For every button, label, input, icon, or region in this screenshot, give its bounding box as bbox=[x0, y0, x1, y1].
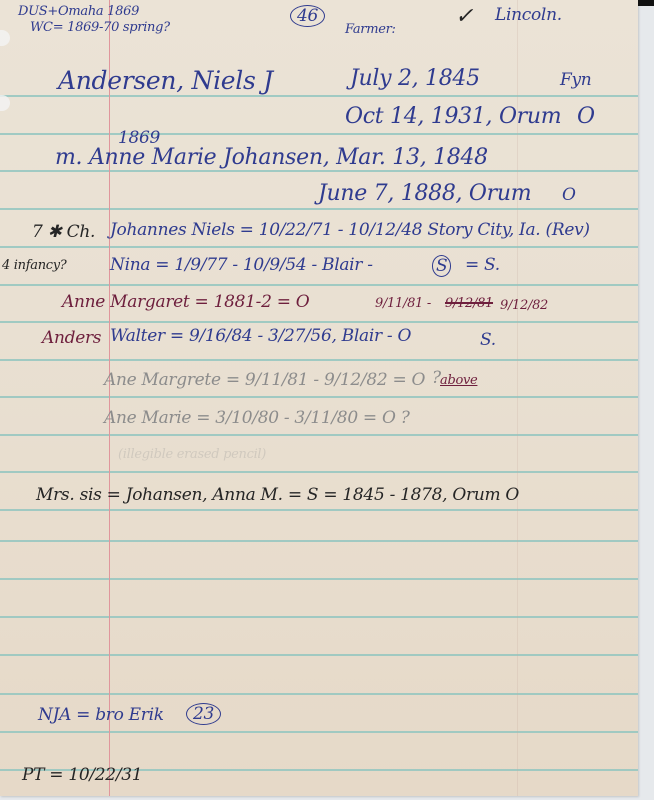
rule-line bbox=[0, 616, 638, 618]
child-4-suffix: S. bbox=[480, 330, 496, 350]
rule-line bbox=[0, 471, 638, 473]
child-1: Johannes Niels = 10/22/71 - 10/12/48 Sto… bbox=[110, 220, 590, 240]
occupation-label: Farmer: bbox=[345, 22, 396, 37]
child-3-struck-date: 9/12/81 bbox=[445, 296, 493, 311]
footer-ref-number: 23 bbox=[186, 703, 221, 725]
rule-line bbox=[0, 540, 638, 542]
rule-line bbox=[0, 654, 638, 656]
rule-line bbox=[0, 133, 638, 135]
punch-hole bbox=[0, 30, 10, 46]
subject-name: Andersen, Niels J bbox=[58, 66, 273, 95]
lined-paper-card: DUS+Omaha 1869 WC= 1869-70 spring? 46 Fa… bbox=[0, 0, 638, 796]
rule-line bbox=[0, 208, 638, 210]
child-2-mark-circle: S bbox=[432, 255, 451, 277]
child-4: Walter = 9/16/84 - 3/27/56, Blair - O bbox=[110, 326, 411, 346]
rule-line bbox=[0, 359, 638, 361]
rule-line bbox=[0, 95, 638, 97]
child-2-mark: S bbox=[432, 255, 451, 277]
child-5-note2: above bbox=[440, 373, 477, 388]
scan-edge bbox=[638, 0, 654, 6]
county-label: Lincoln. bbox=[495, 5, 562, 25]
page-number: 46 bbox=[290, 5, 325, 27]
rule-line bbox=[0, 170, 638, 172]
marriage-text: m. Anne Marie Johansen, Mar. 13, 1848 bbox=[55, 145, 488, 170]
erased-note: (illegible erased pencil) bbox=[118, 447, 266, 462]
rule-line bbox=[0, 693, 638, 695]
rule-line bbox=[0, 434, 638, 436]
child-1-prefix: 7 ✱ Ch. bbox=[32, 222, 95, 242]
sibling-entry: Mrs. sis = Johansen, Anna M. = S = 1845 … bbox=[36, 485, 519, 505]
header-note-line1: DUS+Omaha 1869 bbox=[18, 4, 139, 19]
footer-ref-number-circle: 23 bbox=[186, 703, 221, 725]
spouse-death: June 7, 1888, Orum bbox=[318, 181, 531, 206]
rule-line bbox=[0, 284, 638, 286]
child-2-prefix: 4 infancy? bbox=[2, 258, 66, 273]
checkmark-icon: ✓ bbox=[455, 4, 473, 29]
footer-pt: PT = 10/22/31 bbox=[22, 765, 142, 785]
rule-line bbox=[0, 509, 638, 511]
child-2: Nina = 1/9/77 - 10/9/54 - Blair - bbox=[110, 255, 373, 275]
child-6: Ane Marie = 3/10/80 - 3/11/80 = O ? bbox=[104, 408, 410, 428]
punch-hole bbox=[0, 95, 10, 111]
margin-line bbox=[109, 0, 110, 796]
child-4-prefix: Anders bbox=[42, 328, 101, 348]
child-2-suffix: = S. bbox=[465, 255, 500, 275]
footer-ref: NJA = bro Erik bbox=[38, 705, 164, 725]
subject-death: Oct 14, 1931, Orum bbox=[345, 104, 561, 129]
subject-death-mark: O bbox=[577, 104, 595, 129]
subject-birth: July 2, 1845 bbox=[350, 66, 480, 91]
rule-line bbox=[0, 396, 638, 398]
rule-line bbox=[0, 246, 638, 248]
child-5: Ane Margrete = 9/11/81 - 9/12/82 = O bbox=[104, 370, 425, 390]
rule-line bbox=[0, 578, 638, 580]
child-3: Anne Margaret = 1881-2 = O bbox=[62, 292, 309, 312]
child-3-date-a: 9/11/81 - bbox=[375, 296, 431, 311]
child-3-date-b: 9/12/82 bbox=[500, 298, 548, 313]
page-number-circle: 46 bbox=[290, 5, 325, 27]
spouse-death-mark: O bbox=[562, 185, 576, 205]
rule-line bbox=[0, 731, 638, 733]
subject-birthplace: Fyn bbox=[560, 70, 591, 90]
rule-line bbox=[0, 321, 638, 323]
header-note-line2: WC= 1869-70 spring? bbox=[30, 20, 170, 35]
